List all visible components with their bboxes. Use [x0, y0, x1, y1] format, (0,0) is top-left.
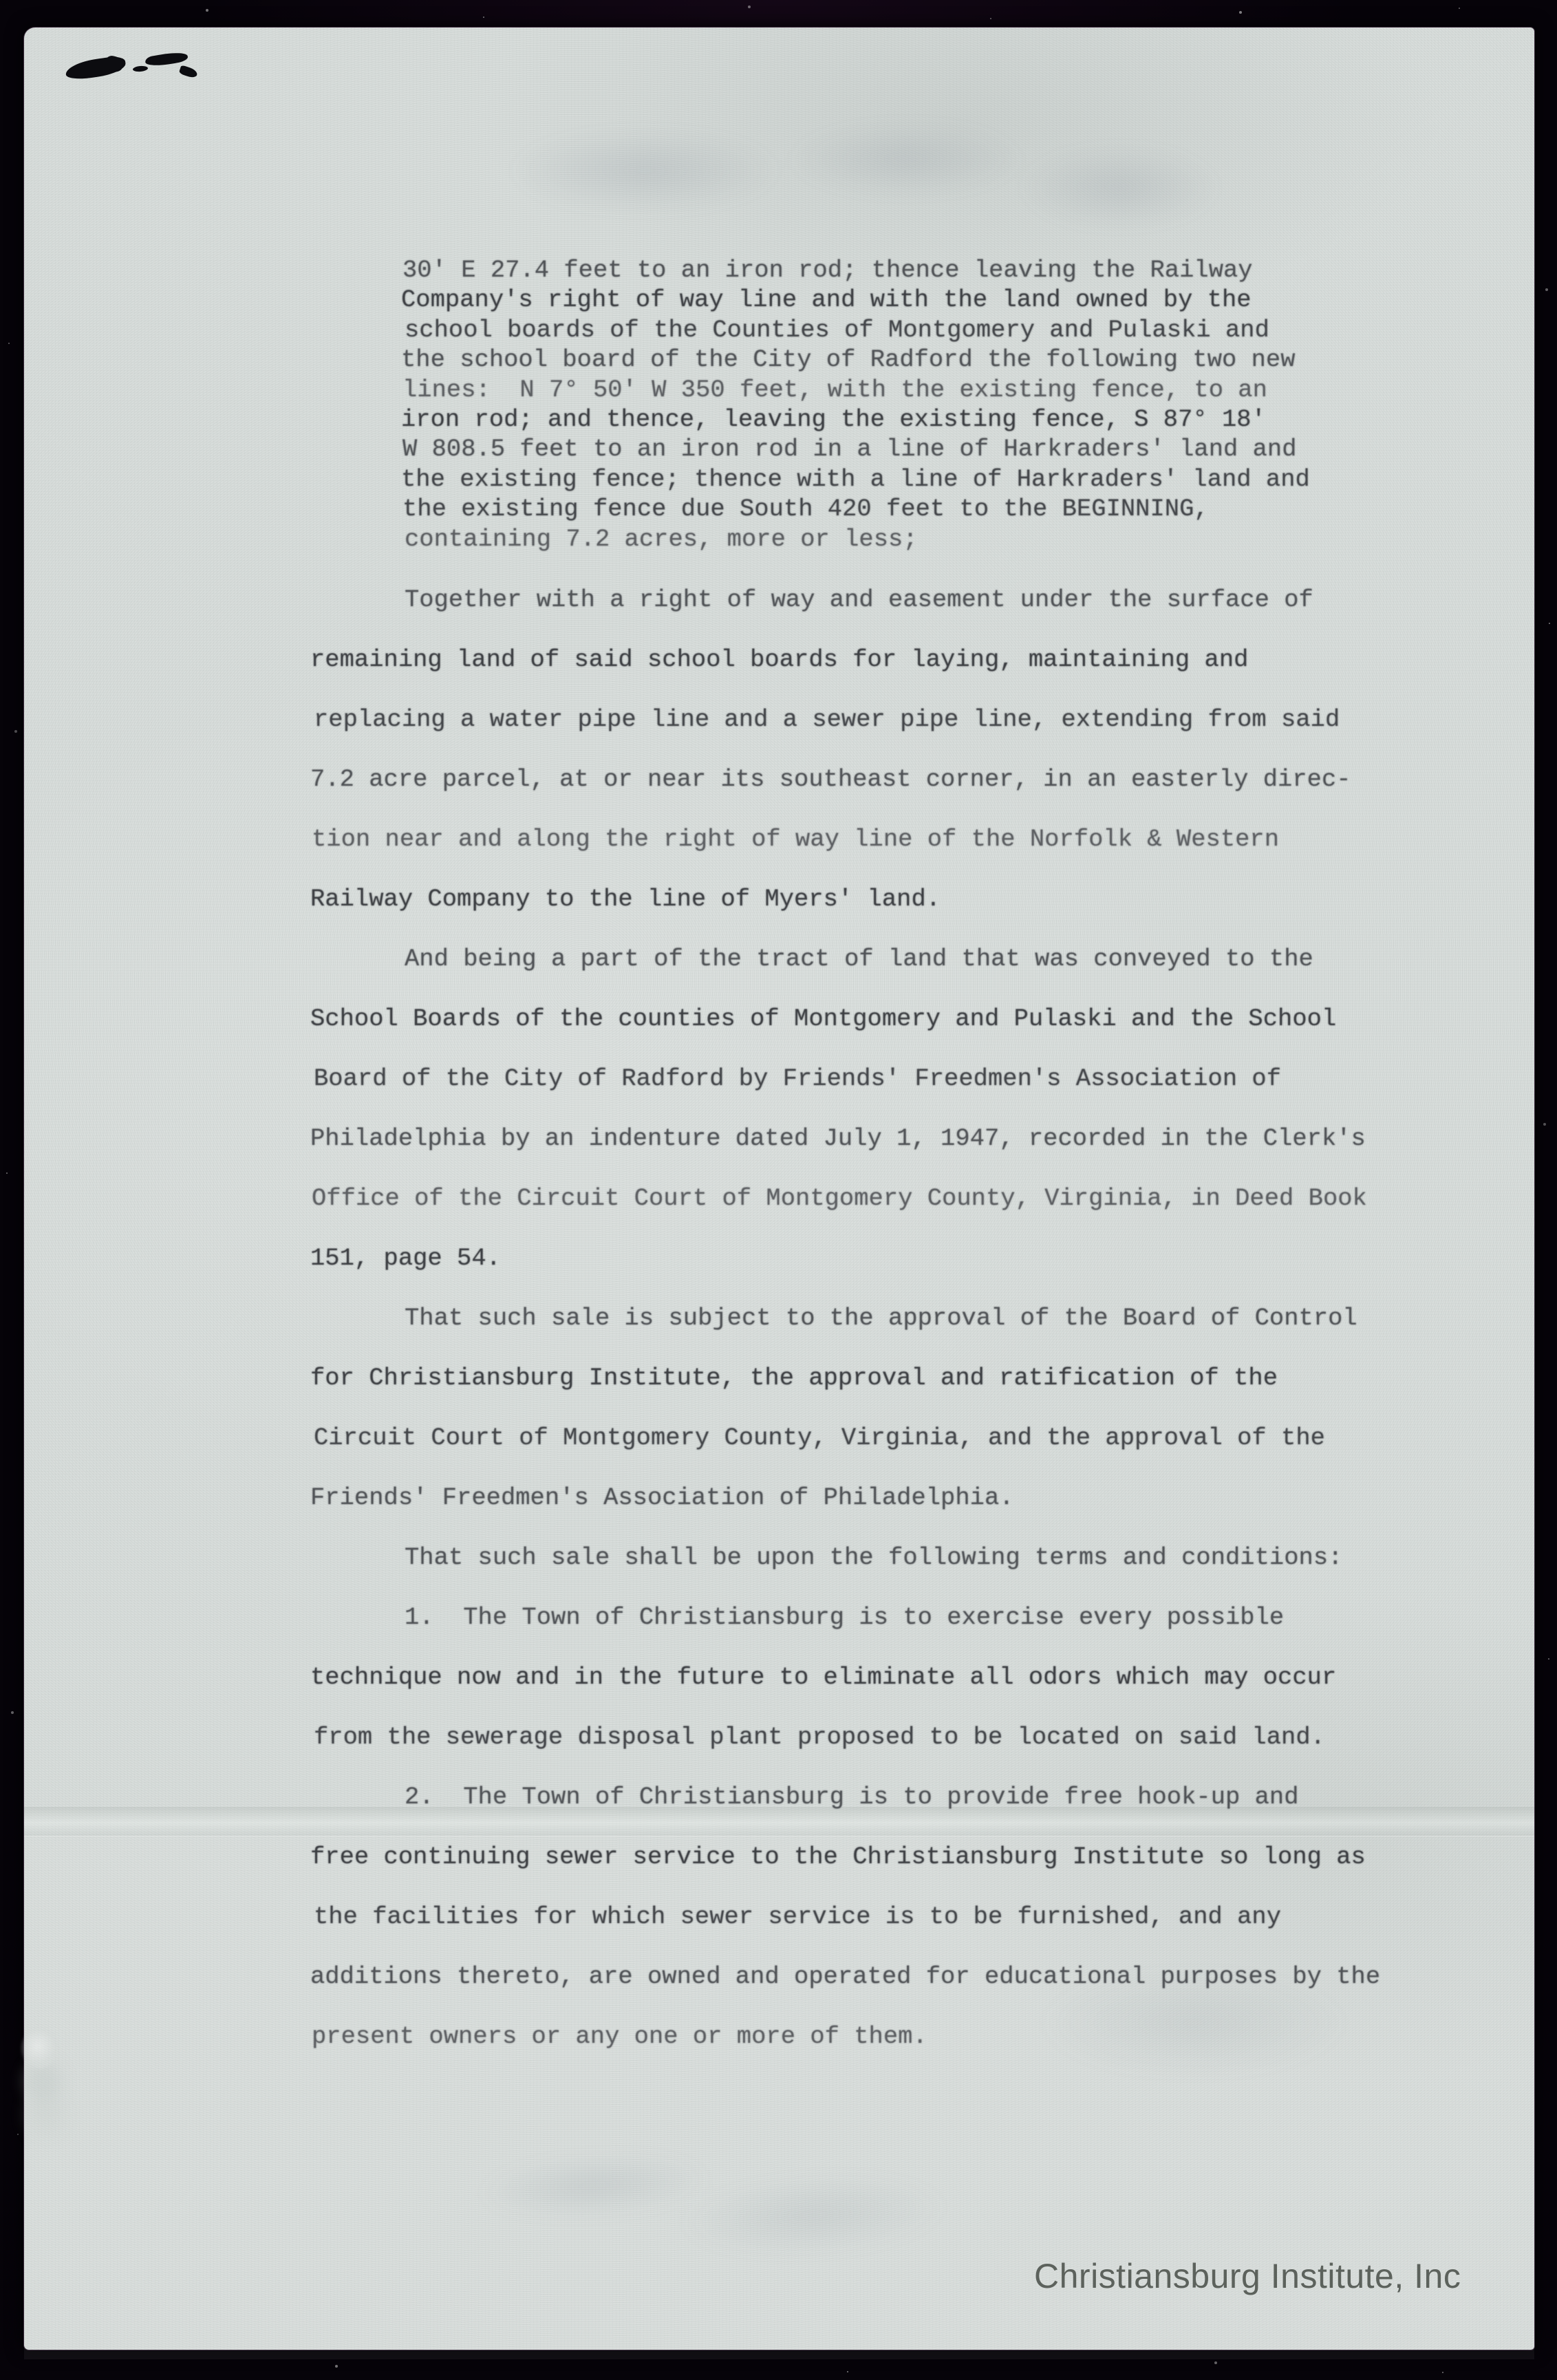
- text-line: Company's right of way line and with the…: [401, 285, 1310, 314]
- text-line: iron rod; and thence, leaving the existi…: [401, 405, 1310, 434]
- text-line: technique now and in the future to elimi…: [310, 1647, 1380, 1707]
- scanned-document-page: { "body": { "quote_lines": [ "30' E 27.4…: [0, 0, 1557, 2380]
- text-line: the school board of the City of Radford …: [401, 345, 1310, 374]
- text-line: 30' E 27.4 feet to an iron rod; thence l…: [402, 255, 1311, 285]
- paragraph-sale-approvals: That such sale is subject to the approva…: [312, 1288, 1382, 1527]
- text-line: free continuing sewer service to the Chr…: [310, 1827, 1380, 1887]
- text-line: 151, page 54.: [310, 1228, 1380, 1288]
- text-line: school boards of the Counties of Montgom…: [405, 315, 1313, 345]
- document-body: Together with a right of way and easemen…: [312, 570, 1382, 2066]
- text-line: remaining land of said school boards for…: [310, 630, 1380, 689]
- text-line: Board of the City of Radford by Friends'…: [314, 1049, 1384, 1108]
- text-line: Office of the Circuit Court of Montgomer…: [312, 1168, 1382, 1228]
- text-line: replacing a water pipe line and a sewer …: [314, 689, 1384, 749]
- bleed-through-ghost-top: [447, 96, 1238, 261]
- text-line: additions thereto, are owned and operate…: [310, 1947, 1380, 2006]
- text-line: the existing fence due South 420 feet to…: [402, 494, 1311, 524]
- text-line: Together with a right of way and easemen…: [312, 570, 1382, 630]
- text-line: School Boards of the counties of Montgom…: [310, 989, 1380, 1049]
- text-line: That such sale shall be upon the followi…: [312, 1527, 1382, 1587]
- text-line: W 808.5 feet to an iron rod in a line of…: [402, 434, 1311, 464]
- text-line: And being a part of the tract of land th…: [312, 929, 1382, 989]
- paragraph-tract-history: And being a part of the tract of land th…: [312, 929, 1382, 1288]
- text-line: 7.2 acre parcel, at or near its southeas…: [310, 749, 1380, 809]
- text-line: from the sewerage disposal plant propose…: [314, 1707, 1384, 1767]
- text-line: Railway Company to the line of Myers' la…: [310, 869, 1380, 929]
- text-line: containing 7.2 acres, more or less;: [405, 524, 1313, 554]
- paragraph-easement: Together with a right of way and easemen…: [312, 570, 1382, 929]
- text-line: That such sale is subject to the approva…: [312, 1288, 1382, 1348]
- text-line: Philadelphia by an indenture dated July …: [310, 1108, 1380, 1168]
- text-line: Circuit Court of Montgomery County, Virg…: [314, 1408, 1384, 1468]
- text-line: the existing fence; thence with a line o…: [401, 464, 1310, 494]
- text-line: 1. The Town of Christiansburg is to exer…: [312, 1587, 1382, 1647]
- document-page: 30' E 27.4 feet to an iron rod; thence l…: [24, 28, 1534, 2350]
- text-line: tion near and along the right of way lin…: [312, 809, 1382, 869]
- text-line: lines: N 7° 50' W 350 feet, with the exi…: [402, 375, 1311, 405]
- paragraph-terms-intro: That such sale shall be upon the followi…: [312, 1527, 1382, 1587]
- text-line: Friends' Freedmen's Association of Phila…: [310, 1468, 1380, 1527]
- text-line: present owners or any one or more of the…: [312, 2006, 1382, 2066]
- text-line: the facilities for which sewer service i…: [314, 1887, 1384, 1947]
- text-line: 2. The Town of Christiansburg is to prov…: [312, 1767, 1382, 1827]
- condition-item-2: 2. The Town of Christiansburg is to prov…: [312, 1767, 1382, 2066]
- paper-flaw-hole: [21, 2028, 57, 2068]
- condition-item-1: 1. The Town of Christiansburg is to exer…: [312, 1587, 1382, 1767]
- legal-description-blockquote: 30' E 27.4 feet to an iron rod; thence l…: [402, 255, 1311, 554]
- archive-watermark-label: Christiansburg Institute, Inc: [1034, 2255, 1461, 2297]
- text-line: for Christiansburg Institute, the approv…: [310, 1348, 1380, 1408]
- dust-specks: [0, 0, 1, 1]
